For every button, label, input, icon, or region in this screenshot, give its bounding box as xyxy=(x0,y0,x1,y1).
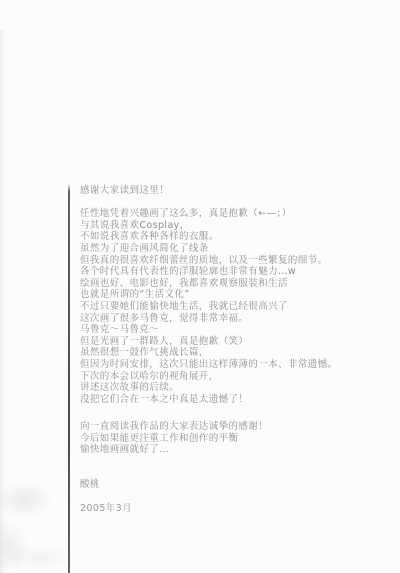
afterword-line: 虽然为了迎合画风简化了线条 xyxy=(80,243,390,255)
afterword-greeting: 感谢大家读到这里！ xyxy=(80,185,390,197)
afterword-line: 没把它们合在一本之中真是太遗憾了！ xyxy=(80,394,390,406)
afterword-line: 这次画了很多马鲁克，觉得非常幸福。 xyxy=(80,313,390,325)
afterword-text-block: 感谢大家读到这里！ 任性地凭着兴趣画了这么多，真是抱歉（←—；） 与其说我喜欢C… xyxy=(80,185,390,514)
afterword-line: 今后如果能更注重工作和创作的平衡 xyxy=(80,433,390,445)
afterword-line: 向一直阅读我作品的大家表达诚挚的感谢！ xyxy=(80,421,390,433)
afterword-line: 任性地凭着兴趣画了这么多，真是抱歉（←—；） xyxy=(80,208,390,220)
afterword-line: 但我真的很喜欢纤细蕾丝的质地，以及一些繁复的细节。 xyxy=(80,255,390,267)
afterword-line: 绘画也好、电影也好，我都喜欢观察服装和生活 xyxy=(80,278,390,290)
scanned-afterword-page: 感谢大家读到这里！ 任性地凭着兴趣画了这么多，真是抱歉（←—；） 与其说我喜欢C… xyxy=(0,0,400,573)
afterword-line: 马鲁克～马鲁克～ xyxy=(80,324,390,336)
afterword-body: 任性地凭着兴趣画了这么多，真是抱歉（←—；） 与其说我喜欢Cosplay， 不如… xyxy=(80,208,390,405)
afterword-line: 虽然很想一鼓作气挑战长篇， xyxy=(80,347,390,359)
afterword-line: 不过只要她们能愉快地生活，我就已经很高兴了 xyxy=(80,301,390,313)
afterword-line: 也就是所谓的“生活文化” xyxy=(80,289,390,301)
afterword-line: 但因为时间安排，这次只能出这样薄薄的一本、非常遗憾。 xyxy=(80,359,390,371)
afterword-line: 各个时代具有代表性的洋服轮廓也非常有魅力…w xyxy=(80,266,390,278)
afterword-line: 与其说我喜欢Cosplay， xyxy=(80,220,390,232)
scan-smudge-artifact xyxy=(0,430,90,573)
afterword-line: 下次的本会以哈尔的视角展开， xyxy=(80,371,390,383)
afterword-line: 不如说我喜欢各种各样的衣服。 xyxy=(80,231,390,243)
afterword-line: 但是光画了一群路人，真是抱歉（笑） xyxy=(80,336,390,348)
afterword-line: 讲述这次故事的后续。 xyxy=(80,382,390,394)
afterword-line: 愉快地画画就好了… xyxy=(80,444,390,456)
page-gutter-line xyxy=(68,184,70,573)
author-signature: 酸桃 xyxy=(80,479,390,491)
afterword-date: 2005年3月 xyxy=(80,503,390,515)
afterword-thanks: 向一直阅读我作品的大家表达诚挚的感谢！ 今后如果能更注重工作和创作的平衡 愉快地… xyxy=(80,421,390,456)
